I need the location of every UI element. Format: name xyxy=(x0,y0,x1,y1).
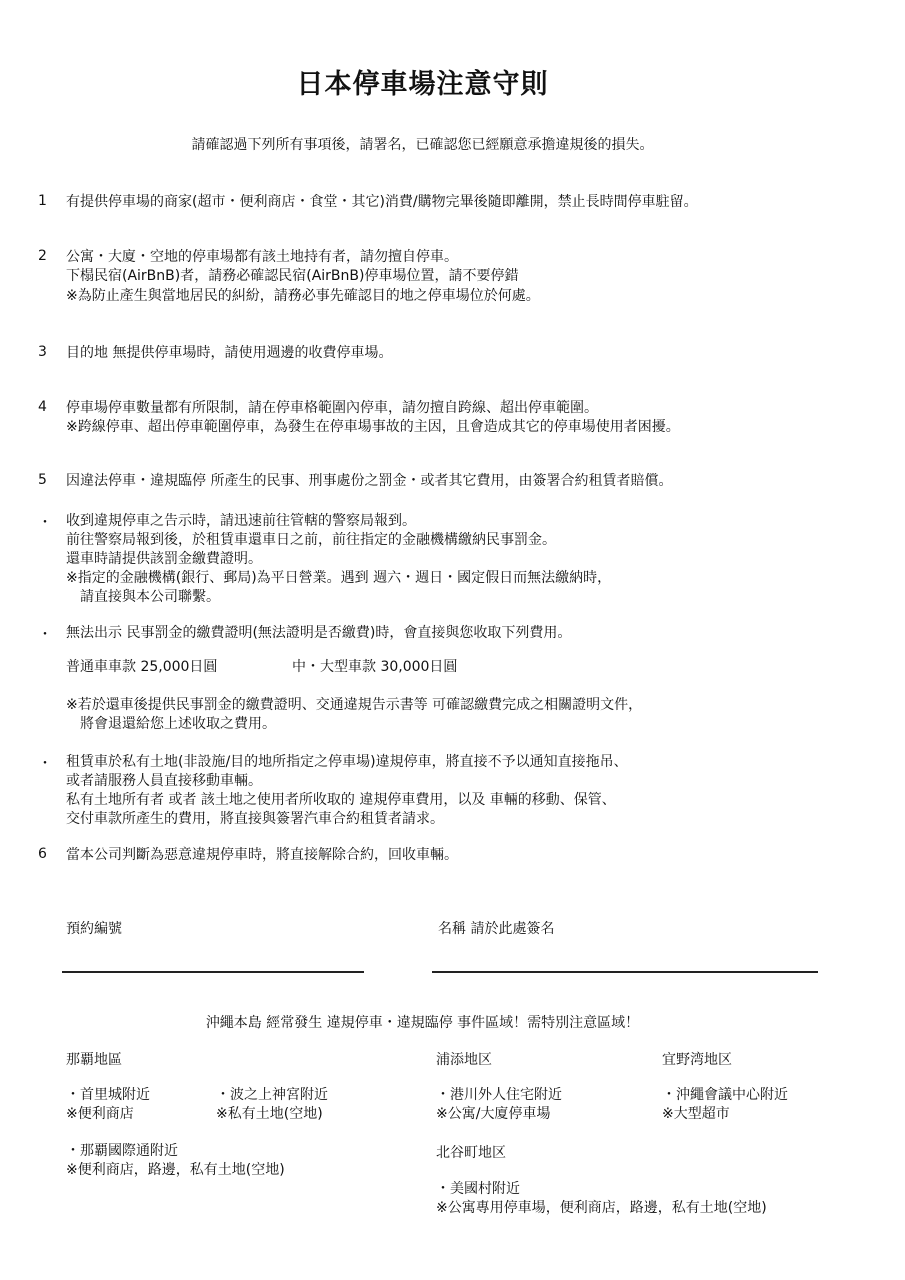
signature-field[interactable] xyxy=(432,971,818,973)
spot-note: ※私有土地(空地) xyxy=(216,1105,323,1124)
violation-notice-line: 前往警察局報到後，於租賃車還車日之前，前往指定的金融機構繳納民事罰金。 xyxy=(66,531,556,549)
rule-4-marker: 4 xyxy=(38,399,47,415)
spot-place: ・美國村附近 xyxy=(436,1180,520,1199)
fee-intro-line: 無法出示 民事罰金的繳費證明(無法證明是否繳費)時，會直接與您收取下列費用。 xyxy=(66,624,571,642)
refund-note-line: 將會退還給您上述收取之費用。 xyxy=(66,715,276,733)
violation-notice-line: ※指定的金融機構(銀行、郵局)為平日營業。遇到 週六・週日・國定假日而無法繳納時… xyxy=(66,569,611,587)
spot-note: ※公寓專用停車場，便利商店，路邊，私有土地(空地) xyxy=(436,1199,767,1218)
region-title-ginowan: 宜野湾地区 xyxy=(662,1049,732,1069)
violation-notice-line: 請直接與本公司聯繫。 xyxy=(66,588,220,606)
rule-3-line: 目的地 無提供停車場時，請使用週邊的收費停車場。 xyxy=(66,344,392,362)
spot-note: ※便利商店 xyxy=(66,1105,134,1124)
spot-place: ・那覇國際通附近 xyxy=(66,1142,178,1161)
rule-1-line: 有提供停車場的商家(超市・便利商店・食堂・其它)消費/購物完畢後隨即離開，禁止長… xyxy=(66,193,698,211)
rule-6-marker: 6 xyxy=(38,846,47,862)
bullet-marker: ・ xyxy=(38,624,52,644)
reservation-number-field[interactable] xyxy=(62,971,364,973)
rule-4-line: ※跨線停車、超出停車範圍停車，為發生在停車場事故的主因，且會造成其它的停車場使用… xyxy=(66,418,680,436)
reservation-number-label: 預約編號 xyxy=(66,920,122,938)
spot-place: ・沖繩會議中心附近 xyxy=(662,1086,788,1105)
rule-1-marker: 1 xyxy=(38,193,47,209)
rule-5-marker: 5 xyxy=(38,472,47,488)
region-title-chatan: 北谷町地区 xyxy=(436,1142,506,1162)
rule-6-line: 當本公司判斷為惡意違規停車時，將直接解除合約，回收車輛。 xyxy=(66,846,458,864)
rule-5-line: 因違法停車・違規臨停 所產生的民事、刑事處份之罰金・或者其它費用，由簽署合約租賃… xyxy=(66,472,672,490)
warning-banner: 沖繩本島 經常發生 違規停車・違規臨停 事件區域！需特別注意區域！ xyxy=(0,1012,845,1032)
private-land-line: 私有土地所有者 或者 該土地之使用者所收取的 違規停車費用，以及 車輛的移動、保… xyxy=(66,791,616,809)
spot-place: ・港川外人住宅附近 xyxy=(436,1086,562,1105)
spot-note: ※大型超市 xyxy=(662,1105,730,1124)
region-title-urasoe: 浦添地区 xyxy=(436,1049,492,1069)
spot-place: ・首里城附近 xyxy=(66,1086,150,1105)
private-land-line: 或者請服務人員直接移動車輛。 xyxy=(66,772,262,790)
rule-3-marker: 3 xyxy=(38,344,47,360)
private-land-line: 租賃車於私有土地(非設施/目的地所指定之停車場)違規停車，將直接不予以通知直接拖… xyxy=(66,753,628,771)
spot-note: ※公寓/大廈停車場 xyxy=(436,1105,550,1124)
instruction-subtitle: 請確認過下列所有事項後，請署名，已確認您已經願意承擔違規後的損失。 xyxy=(0,134,845,154)
spot-note: ※便利商店，路邊，私有土地(空地) xyxy=(66,1161,285,1180)
rule-4-line: 停車場停車數量都有所限制，請在停車格範圍內停車，請勿擅自跨線、超出停車範圍。 xyxy=(66,399,598,417)
spot-place: ・波之上神宮附近 xyxy=(216,1086,328,1105)
bullet-marker: ・ xyxy=(38,753,52,773)
bullet-marker: ・ xyxy=(38,512,52,532)
violation-notice-line: 收到違規停車之告示時，請迅速前往管轄的警察局報到。 xyxy=(66,512,416,530)
page-title: 日本停車場注意守則 xyxy=(0,62,845,101)
rule-2-line: 公寓・大廈・空地的停車場都有該土地持有者，請勿擅自停車。 xyxy=(66,248,458,266)
private-land-line: 交付車款所產生的費用，將直接與簽署汽車合約租賃者請求。 xyxy=(66,810,444,828)
signature-name-label: 名稱 請於此處簽名 xyxy=(438,920,554,938)
regular-car-fee: 普通車車款 25,000日圓 xyxy=(66,658,217,676)
large-car-fee: 中・大型車款 30,000日圓 xyxy=(292,658,457,676)
violation-notice-line: 還車時請提供該罰金繳費證明。 xyxy=(66,550,262,568)
rule-2-line: 下榻民宿(AirBnB)者，請務必確認民宿(AirBnB)停車場位置，請不要停錯 xyxy=(66,267,518,285)
rule-2-marker: 2 xyxy=(38,248,47,264)
rule-2-line: ※為防止產生與當地居民的糾紛，請務必事先確認目的地之停車場位於何處。 xyxy=(66,287,540,305)
refund-note-line: ※若於還車後提供民事罰金的繳費證明、交通違規告示書等 可確認繳費完成之相關證明文… xyxy=(66,696,642,714)
region-title-naha: 那覇地區 xyxy=(66,1049,122,1069)
